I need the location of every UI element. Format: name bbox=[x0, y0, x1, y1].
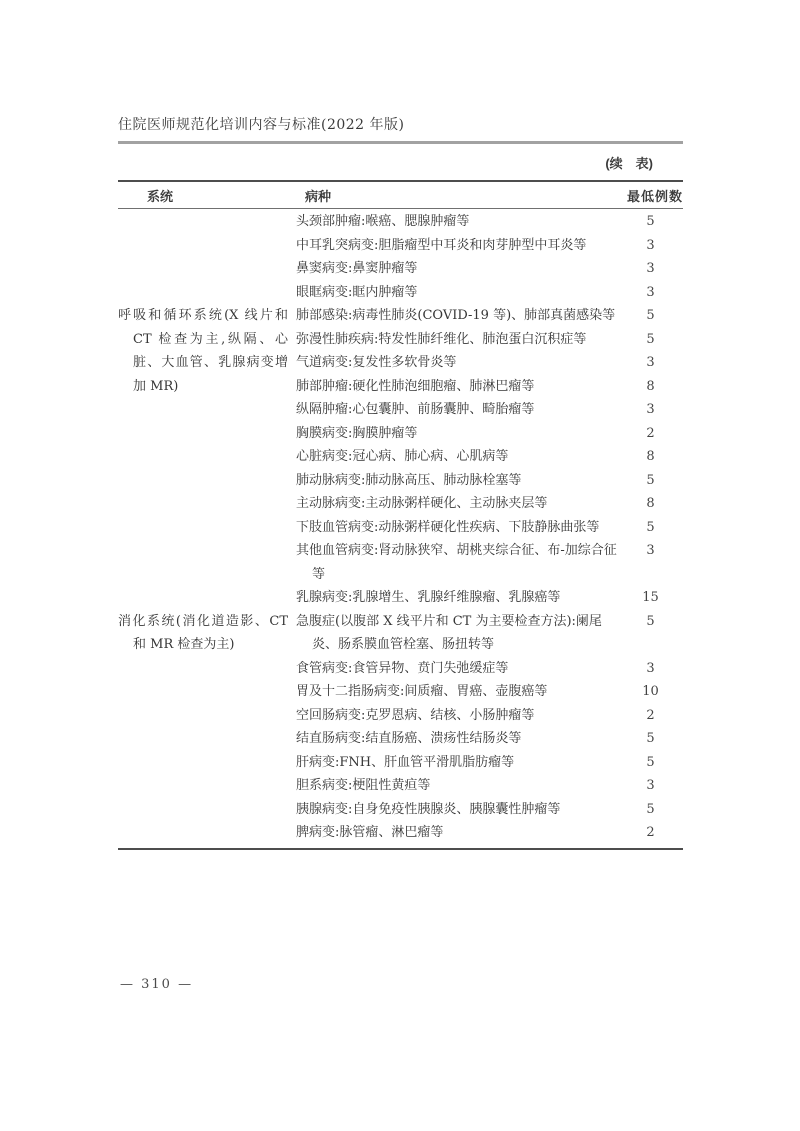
min-cases-cell: 5 bbox=[618, 469, 683, 493]
table-row: 乳腺病变:乳腺增生、乳腺纤维腺瘤、乳腺癌等15 bbox=[296, 586, 683, 610]
disease-cell: 胆系病变:梗阻性黄疸等 bbox=[296, 774, 618, 798]
min-cases-cell: 5 bbox=[618, 727, 683, 751]
system-cell: 呼吸和循环系统(X 线片和 CT 检查为主,纵隔、心脏、大血管、乳腺病变增加 M… bbox=[118, 304, 296, 398]
min-cases-cell: 5 bbox=[618, 328, 683, 352]
disease-cell: 脾病变:脉管瘤、淋巴瘤等 bbox=[296, 821, 618, 845]
table-row: 胆系病变:梗阻性黄疸等3 bbox=[296, 774, 683, 798]
min-cases-cell: 3 bbox=[618, 398, 683, 422]
disease-cell: 其他血管病变:肾动脉狭窄、胡桃夹综合征、布-加综合征等 bbox=[296, 539, 618, 586]
table-row: 弥漫性肺疾病:特发性肺纤维化、肺泡蛋白沉积症等5 bbox=[296, 328, 683, 352]
disease-cell: 急腹症(以腹部 X 线平片和 CT 为主要检查方法):阑尾炎、肠系膜血管栓塞、肠… bbox=[296, 610, 618, 657]
disease-cell: 鼻窦病变:鼻窦肿瘤等 bbox=[296, 257, 618, 281]
min-cases-cell: 10 bbox=[618, 680, 683, 704]
table-row: 胃及十二指肠病变:间质瘤、胃癌、壶腹癌等10 bbox=[296, 680, 683, 704]
page-content: 住院医师规范化培训内容与标准(2022 年版) (续 表) 系统 病种 最低例数… bbox=[118, 116, 683, 850]
min-cases-cell: 5 bbox=[618, 516, 683, 540]
table-row: 主动脉病变:主动脉粥样硬化、主动脉夹层等8 bbox=[296, 492, 683, 516]
table-row: 鼻窦病变:鼻窦肿瘤等3 bbox=[296, 257, 683, 281]
disease-cell: 中耳乳突病变:胆脂瘤型中耳炎和肉芽肿型中耳炎等 bbox=[296, 234, 618, 258]
cases-table: 系统 病种 最低例数 头颈部肿瘤:喉癌、腮腺肿瘤等5中耳乳突病变:胆脂瘤型中耳炎… bbox=[118, 180, 683, 850]
table-body: 头颈部肿瘤:喉癌、腮腺肿瘤等5中耳乳突病变:胆脂瘤型中耳炎和肉芽肿型中耳炎等3鼻… bbox=[118, 209, 683, 848]
min-cases-cell: 5 bbox=[618, 751, 683, 775]
header-rule bbox=[118, 141, 683, 144]
disease-cell: 胰腺病变:自身免疫性胰腺炎、胰腺囊性肿瘤等 bbox=[296, 798, 618, 822]
table-row: 脾病变:脉管瘤、淋巴瘤等2 bbox=[296, 821, 683, 845]
disease-cell: 肺部肿瘤:硬化性肺泡细胞瘤、肺淋巴瘤等 bbox=[296, 375, 618, 399]
min-cases-cell: 3 bbox=[618, 351, 683, 375]
table-row: 眼眶病变:眶内肿瘤等3 bbox=[296, 281, 683, 305]
min-cases-cell: 3 bbox=[618, 657, 683, 681]
table-row: 空回肠病变:克罗恩病、结核、小肠肿瘤等2 bbox=[296, 704, 683, 728]
min-cases-cell: 5 bbox=[618, 304, 683, 328]
table-row: 其他血管病变:肾动脉狭窄、胡桃夹综合征、布-加综合征等3 bbox=[296, 539, 683, 586]
disease-cell: 主动脉病变:主动脉粥样硬化、主动脉夹层等 bbox=[296, 492, 618, 516]
disease-cell: 空回肠病变:克罗恩病、结核、小肠肿瘤等 bbox=[296, 704, 618, 728]
disease-cell: 食管病变:食管异物、贲门失弛缓症等 bbox=[296, 657, 618, 681]
disease-cell: 气道病变:复发性多软骨炎等 bbox=[296, 351, 618, 375]
table-row: 头颈部肿瘤:喉癌、腮腺肿瘤等5 bbox=[296, 210, 683, 234]
running-header-title: 住院医师规范化培训内容与标准(2022 年版) bbox=[118, 116, 683, 134]
group-rows: 急腹症(以腹部 X 线平片和 CT 为主要检查方法):阑尾炎、肠系膜血管栓塞、肠… bbox=[296, 610, 683, 845]
min-cases-cell: 3 bbox=[618, 234, 683, 258]
disease-cell: 胃及十二指肠病变:间质瘤、胃癌、壶腹癌等 bbox=[296, 680, 618, 704]
min-cases-cell: 5 bbox=[618, 210, 683, 234]
page-number: — 310 — bbox=[120, 977, 193, 992]
column-header-system: 系统 bbox=[118, 186, 296, 205]
disease-cell: 胸膜病变:胸膜肿瘤等 bbox=[296, 422, 618, 446]
disease-cell: 纵隔肿瘤:心包囊肿、前肠囊肿、畸胎瘤等 bbox=[296, 398, 618, 422]
disease-cell: 弥漫性肺疾病:特发性肺纤维化、肺泡蛋白沉积症等 bbox=[296, 328, 618, 352]
min-cases-cell: 2 bbox=[618, 422, 683, 446]
disease-cell: 头颈部肿瘤:喉癌、腮腺肿瘤等 bbox=[296, 210, 618, 234]
min-cases-cell: 8 bbox=[618, 445, 683, 469]
min-cases-cell: 3 bbox=[618, 257, 683, 281]
column-header-disease: 病种 bbox=[296, 186, 618, 205]
table-row-group: 呼吸和循环系统(X 线片和 CT 检查为主,纵隔、心脏、大血管、乳腺病变增加 M… bbox=[118, 304, 683, 610]
table-row: 中耳乳突病变:胆脂瘤型中耳炎和肉芽肿型中耳炎等3 bbox=[296, 234, 683, 258]
table-row: 食管病变:食管异物、贲门失弛缓症等3 bbox=[296, 657, 683, 681]
table-header-row: 系统 病种 最低例数 bbox=[118, 182, 683, 209]
disease-cell: 结直肠病变:结直肠癌、溃疡性结肠炎等 bbox=[296, 727, 618, 751]
min-cases-cell: 3 bbox=[618, 539, 683, 563]
min-cases-cell: 8 bbox=[618, 492, 683, 516]
min-cases-cell: 8 bbox=[618, 375, 683, 399]
disease-cell: 乳腺病变:乳腺增生、乳腺纤维腺瘤、乳腺癌等 bbox=[296, 586, 618, 610]
min-cases-cell: 2 bbox=[618, 821, 683, 845]
disease-cell: 肝病变:FNH、肝血管平滑肌脂肪瘤等 bbox=[296, 751, 618, 775]
min-cases-cell: 5 bbox=[618, 798, 683, 822]
table-row: 胸膜病变:胸膜肿瘤等2 bbox=[296, 422, 683, 446]
column-header-min-cases: 最低例数 bbox=[618, 186, 683, 205]
min-cases-cell: 3 bbox=[618, 774, 683, 798]
table-row-group: 头颈部肿瘤:喉癌、腮腺肿瘤等5中耳乳突病变:胆脂瘤型中耳炎和肉芽肿型中耳炎等3鼻… bbox=[118, 210, 683, 304]
table-row: 肺动脉病变:肺动脉高压、肺动脉栓塞等5 bbox=[296, 469, 683, 493]
min-cases-cell: 5 bbox=[618, 610, 683, 634]
table-row: 气道病变:复发性多软骨炎等3 bbox=[296, 351, 683, 375]
table-row: 急腹症(以腹部 X 线平片和 CT 为主要检查方法):阑尾炎、肠系膜血管栓塞、肠… bbox=[296, 610, 683, 657]
table-row: 下肢血管病变:动脉粥样硬化性疾病、下肢静脉曲张等5 bbox=[296, 516, 683, 540]
disease-cell: 眼眶病变:眶内肿瘤等 bbox=[296, 281, 618, 305]
table-row: 纵隔肿瘤:心包囊肿、前肠囊肿、畸胎瘤等3 bbox=[296, 398, 683, 422]
min-cases-cell: 2 bbox=[618, 704, 683, 728]
group-rows: 头颈部肿瘤:喉癌、腮腺肿瘤等5中耳乳突病变:胆脂瘤型中耳炎和肉芽肿型中耳炎等3鼻… bbox=[296, 210, 683, 304]
table-row-group: 消化系统(消化道造影、CT 和 MR 检查为主)急腹症(以腹部 X 线平片和 C… bbox=[118, 610, 683, 845]
disease-cell: 肺动脉病变:肺动脉高压、肺动脉栓塞等 bbox=[296, 469, 618, 493]
table-row: 肺部肿瘤:硬化性肺泡细胞瘤、肺淋巴瘤等8 bbox=[296, 375, 683, 399]
group-rows: 肺部感染:病毒性肺炎(COVID-19 等)、肺部真菌感染等5弥漫性肺疾病:特发… bbox=[296, 304, 683, 610]
disease-cell: 心脏病变:冠心病、肺心病、心肌病等 bbox=[296, 445, 618, 469]
table-row: 结直肠病变:结直肠癌、溃疡性结肠炎等5 bbox=[296, 727, 683, 751]
disease-cell: 肺部感染:病毒性肺炎(COVID-19 等)、肺部真菌感染等 bbox=[296, 304, 618, 328]
table-continued-note: (续 表) bbox=[118, 155, 683, 173]
table-row: 肝病变:FNH、肝血管平滑肌脂肪瘤等5 bbox=[296, 751, 683, 775]
min-cases-cell: 3 bbox=[618, 281, 683, 305]
document-page: 住院医师规范化培训内容与标准(2022 年版) (续 表) 系统 病种 最低例数… bbox=[0, 0, 800, 1131]
table-row: 心脏病变:冠心病、肺心病、心肌病等8 bbox=[296, 445, 683, 469]
min-cases-cell: 15 bbox=[618, 586, 683, 610]
table-row: 肺部感染:病毒性肺炎(COVID-19 等)、肺部真菌感染等5 bbox=[296, 304, 683, 328]
disease-cell: 下肢血管病变:动脉粥样硬化性疾病、下肢静脉曲张等 bbox=[296, 516, 618, 540]
system-cell: 消化系统(消化道造影、CT 和 MR 检查为主) bbox=[118, 610, 296, 657]
table-row: 胰腺病变:自身免疫性胰腺炎、胰腺囊性肿瘤等5 bbox=[296, 798, 683, 822]
